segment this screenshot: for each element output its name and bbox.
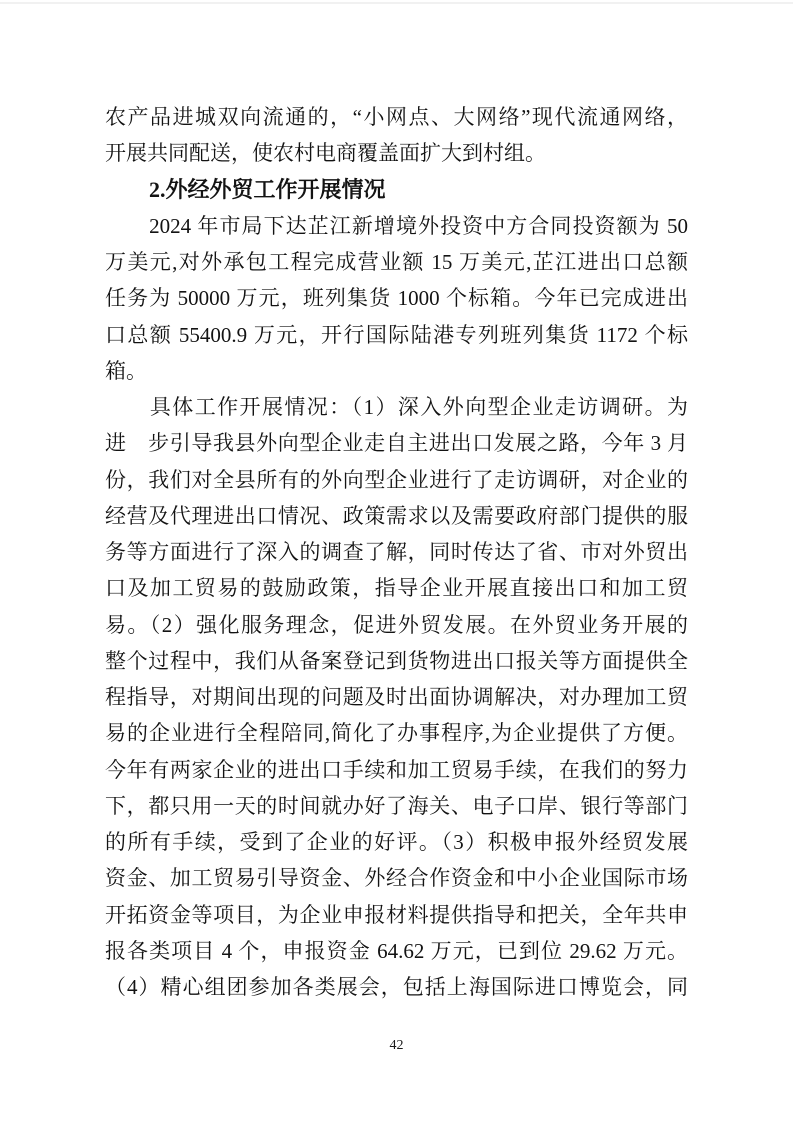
text-line: 口总额 55400.9 万元，开行国际陆港专列班列集货 1172 个标 — [105, 317, 688, 353]
document-body: 农产品进城双向流通的，“小网点、大网络”现代流通网络，开展共同配送，使农村电商覆… — [105, 99, 688, 1005]
text-line: 任务为 50000 万元，班列集货 1000 个标箱。今年已完成进出 — [105, 280, 688, 316]
section-heading: 2.外经外贸工作开展情况 — [105, 172, 688, 208]
text-line: 务等方面进行了深入的调查了解，同时传达了省、市对外贸出 — [105, 534, 688, 570]
text-line: 的所有手续，受到了企业的好评。（3）积极申报外经贸发展 — [105, 824, 688, 860]
text-line: 易的企业进行全程陪同,简化了办事程序,为企业提供了方便。 — [105, 715, 688, 751]
text-line: 具体工作开展情况：（1）深入外向型企业走访调研。为 — [105, 389, 688, 425]
text-line: 易。（2）强化服务理念，促进外贸发展。在外贸业务开展的 — [105, 607, 688, 643]
text-line: 箱。 — [105, 353, 688, 389]
text-line: 份，我们对全县所有的外向型企业进行了走访调研，对企业的 — [105, 462, 688, 498]
text-line: 报各类项目 4 个，申报资金 64.62 万元，已到位 29.62 万元。 — [105, 933, 688, 969]
text-line: 今年有两家企业的进出口手续和加工贸易手续，在我们的努力 — [105, 752, 688, 788]
text-line: 整个过程中，我们从备案登记到货物进出口报关等方面提供全 — [105, 643, 688, 679]
text-line: 程指导，对期间出现的问题及时出面协调解决，对办理加工贸 — [105, 679, 688, 715]
text-line: 万美元,对外承包工程完成营业额 15 万美元,芷江进出口总额 — [105, 244, 688, 280]
text-line: 经营及代理进出口情况、政策需求以及需要政府部门提供的服 — [105, 498, 688, 534]
text-line: 口及加工贸易的鼓励政策，指导企业开展直接出口和加工贸 — [105, 570, 688, 606]
text-line: 下，都只用一天的时间就办好了海关、电子口岸、银行等部门 — [105, 788, 688, 824]
text-line: （4）精心组团参加各类展会，包括上海国际进口博览会，同 — [105, 969, 688, 1005]
page-top-edge — [0, 2, 793, 4]
text-line: 开拓资金等项目，为企业申报材料提供指导和把关，全年共申 — [105, 897, 688, 933]
page-number: 42 — [0, 1036, 793, 1056]
text-line: 进 步引导我县外向型企业走自主进出口发展之路，今年 3 月 — [105, 425, 688, 461]
document-page: 农产品进城双向流通的，“小网点、大网络”现代流通网络，开展共同配送，使农村电商覆… — [0, 0, 793, 1122]
text-line: 资金、加工贸易引导资金、外经合作资金和中小企业国际市场 — [105, 860, 688, 896]
text-line: 开展共同配送，使农村电商覆盖面扩大到村组。 — [105, 135, 688, 171]
text-line: 农产品进城双向流通的，“小网点、大网络”现代流通网络， — [105, 99, 688, 135]
text-line: 2024 年市局下达芷江新增境外投资中方合同投资额为 50 — [105, 208, 688, 244]
